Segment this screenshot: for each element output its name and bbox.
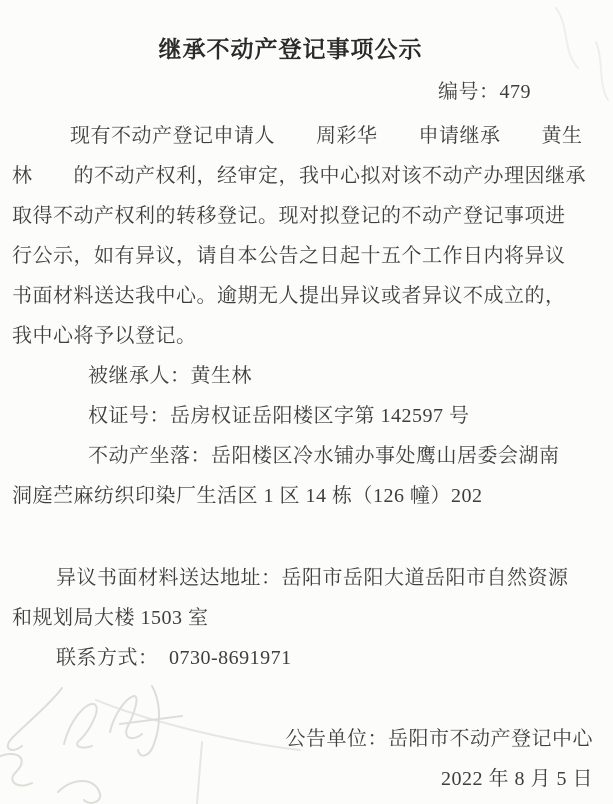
property-location-line-2: 洞庭苎麻纺织印染厂生活区 1 区 14 栋（126 幢）202 [12, 476, 569, 516]
document-content: 继承不动产登记事项公示 编号：479 现有不动产登记申请人 周彩华 申请继承 黄… [0, 0, 613, 799]
signature-block: 公告单位：岳阳市不动产登记中心 2022 年 8 月 5 日 [12, 719, 593, 799]
objection-address-line-2: 和规划局大楼 1503 室 [12, 598, 569, 638]
issue-date-line: 2022 年 8 月 5 日 [12, 759, 593, 799]
paragraph-line-4: 行公示，如有异议，请自本公告之日起十五个工作日内将异议 [12, 236, 569, 276]
page-title: 继承不动产登记事项公示 [12, 36, 569, 63]
inheritance-notice-document: 继承不动产登记事项公示 编号：479 现有不动产登记申请人 周彩华 申请继承 黄… [0, 0, 613, 804]
paragraph-line-3: 取得不动产权利的转移登记。现对拟登记的不动产登记事项进 [12, 196, 569, 236]
contact-phone-line: 联系方式： 0730-8691971 [12, 638, 569, 678]
paragraph-line-1: 现有不动产登记申请人 周彩华 申请继承 黄生 [12, 116, 569, 156]
decedent-line: 被继承人：黄生林 [12, 356, 569, 396]
paragraph-line-5: 书面材料送达我中心。逾期无人提出异议或者异议不成立的， [12, 276, 569, 316]
notice-body: 现有不动产登记申请人 周彩华 申请继承 黄生 林 的不动产权利，经审定，我中心拟… [12, 116, 569, 799]
certificate-number-line: 权证号：岳房权证岳阳楼区字第 142597 号 [12, 396, 569, 436]
doc-number: 编号：479 [12, 81, 569, 103]
objection-address-line-1: 异议书面材料送达地址：岳阳市岳阳大道岳阳市自然资源 [12, 558, 569, 598]
paragraph-line-2: 林 的不动产权利，经审定，我中心拟对该不动产办理因继承 [12, 156, 569, 196]
blank-gap [12, 678, 569, 719]
paragraph-line-6: 我中心将予以登记。 [12, 316, 569, 356]
blank-gap [12, 516, 569, 558]
property-location-line-1: 不动产坐落：岳阳楼区冷水铺办事处鹰山居委会湖南 [12, 436, 569, 476]
issuing-unit-line: 公告单位：岳阳市不动产登记中心 [12, 719, 593, 759]
